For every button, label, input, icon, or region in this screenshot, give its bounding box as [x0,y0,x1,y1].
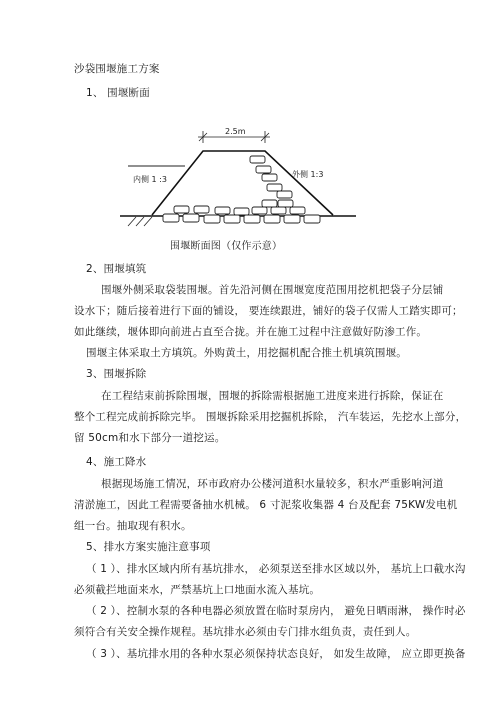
paragraph-line: 如此继续，堰体即向前进占直至合拢。并在施工过程中注意做好防渗工作。 [74,326,427,339]
paragraph-line: 围堰外侧采取袋装围堰。首先沿河侧在围堰宽度范围用挖机把袋子分层铺 [101,284,443,297]
section-1-heading: 1、 围堰断面 [86,87,150,100]
paragraph-line: （ 1 ）、排水区域内所有基坑排水， 必须泵送至排水区域以外， 基坑上口截水沟 [86,563,466,576]
section-2-heading: 2、围堰填筑 [86,263,146,276]
paragraph-line: 设水下；随后接着进行下面的铺设， 要连续跟进，铺好的袋子仅需人工踏实即可； [74,305,463,318]
outer-slope-label: 外侧 1:3 [292,169,323,179]
top-width-label: 2.5m [225,127,246,136]
embankment-outline [152,151,333,215]
document-title: 沙袋围堰施工方案 [74,63,160,76]
paragraph-line: 在工程结束前拆除围堰，围堰的拆除需根据施工进度来进行拆除，保证在 [101,390,443,403]
inner-slope-label: 内侧 1 :3 [133,174,167,184]
paragraph-line: 必须截拦地面来水，严禁基坑上口地面水流入基坑。 [74,584,320,597]
paragraph-line: 整个工程完成前拆除完毕。 围堰拆除采用挖掘机拆除， 汽车装运，先挖水上部分， [74,411,466,424]
section-5-heading: 5、排水方案实施注意事项 [86,541,211,554]
paragraph-line: 根据现场施工情况，环市政府办公楼河道积水量较多，积水严重影响河道 [101,478,443,491]
paragraph-line: （ 2 ）、控制水泵的各种电器必须放置在临时泵房内， 避免日晒雨淋， 操作时必 [86,605,466,618]
paragraph-line: 围堰主体采取土方填筑。外购黄土，用挖掘机配合推土机填筑围堰。 [86,347,407,360]
top-width-dimension [198,131,270,143]
paragraph-line: 组一台。抽取现有积水。 [74,520,192,533]
section-3-heading: 3、围堰拆除 [86,368,146,381]
paragraph-line: 清淤施工，因此工程需要备抽水机械。 6 寸泥浆收集器 4 台及配套 75KW发电… [74,499,458,512]
sandbags [163,156,320,223]
paragraph-line: （ 3 ）、基坑排水用的各种水泵必须保持状态良好， 如发生故障， 应立即更换备 [86,648,466,661]
paragraph-line: 须符合有关安全操作规程。基坑排水必须由专门排水组负责，责任到人。 [74,626,416,639]
figure-caption: 围堰断面图（仅作示意） [170,240,282,253]
ground-hatch [128,217,152,226]
section-4-heading: 4、施工降水 [86,456,146,469]
paragraph-line: 留 50cm和水下部分一道挖运。 [74,432,225,445]
